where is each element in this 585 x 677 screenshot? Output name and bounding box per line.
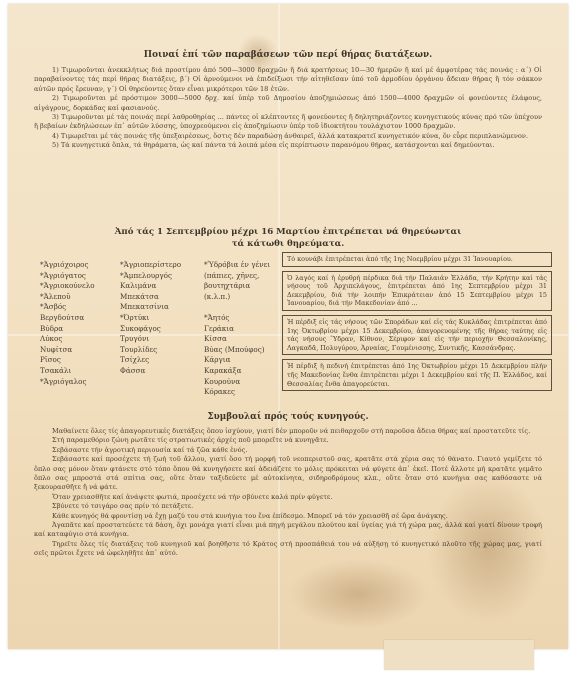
- game-species-item: Φάσσα: [120, 366, 181, 377]
- game-species-item: (πάπιες, χῆνες,: [204, 271, 270, 282]
- advice-paragraph: Ὅταν χρειασθῆτε καί ἀνάψετε φωτιά, προσέ…: [34, 493, 542, 502]
- game-species-item: [204, 302, 270, 313]
- game-species-item: Λύκος: [40, 334, 95, 345]
- scanned-paper-sheet: Ποιναί ἐπί τῶν παραβάσεων τῶν περί θήρας…: [8, 4, 568, 649]
- game-species-item: *Ὀρτύκι: [120, 313, 181, 324]
- game-species-item: Κόρακες: [204, 387, 270, 398]
- game-species-item: *Ἀγριοπερίστερο: [120, 260, 181, 271]
- game-species-item: *Ἀγριοκούνελο: [40, 281, 95, 292]
- penalty-paragraph: 1) Τιμωροῦνται ἀνεκκλήτως διά προστίμου …: [34, 66, 542, 94]
- penalties-section: 1) Τιμωροῦνται ἀνεκκλήτως διά προστίμου …: [34, 66, 542, 151]
- paper-torn-flap: [384, 640, 534, 670]
- advice-section: Μαθαίνετε ὅλες τίς ἀπαγορευτικές διατάξε…: [34, 427, 542, 559]
- season-box: Τό κουνάβι ἐπιτρέπεται ἀπό τῆς 1ης Νοεμβ…: [282, 252, 552, 267]
- game-list-column-2: *Ἀγριοπερίστερο*ἈμπελουργόςΚαλιμάναΜπεκά…: [120, 260, 181, 377]
- game-species-item: (κ.λ.π.): [204, 292, 270, 303]
- advice-paragraph: Μαθαίνετε ὅλες τίς ἀπαγορευτικές διατάξε…: [34, 427, 542, 436]
- season-heading-line: τά κάτωθι θηρεύματα.: [8, 238, 568, 250]
- season-box: Ἡ πέρδιξ εἰς τάς νήσους τῶν Σποράδων καί…: [282, 315, 552, 355]
- game-species-item: Τρυγόνι: [120, 334, 181, 345]
- game-species-item: Καλιμάνα: [120, 281, 181, 292]
- game-species-item: βουτηχτάρια: [204, 281, 270, 292]
- game-species-item: Καρακάξα: [204, 366, 270, 377]
- penalty-paragraph: 5) Τά κυνηγετικά ὅπλα, τά θηράματα, ὡς κ…: [34, 141, 542, 150]
- advice-paragraph: Κάθε κυνηγός θά φροντίσῃ νά ἔχῃ μαζύ του…: [34, 512, 542, 521]
- game-species-item: Βύας (Μπούφος): [204, 345, 270, 356]
- game-species-item: Κίσσα: [204, 334, 270, 345]
- game-species-item: *Ὑδρόβια ἐν γένει: [204, 260, 270, 271]
- advice-paragraph: Τηρεῖτε ὅλες τίς διατάξεις τοῦ κυνηγιοῦ …: [34, 540, 542, 559]
- game-species-item: *Ἀσβός: [40, 302, 95, 313]
- advice-paragraph: Σεβάσαστε τήν ἀγροτική περιουσία καί τά …: [34, 446, 542, 455]
- season-heading-line: Ἀπό τάς 1 Σεπτεμβρίου μέχρι 16 Μαρτίου ἐ…: [8, 226, 568, 238]
- game-species-item: *Ἀλεποῦ: [40, 292, 95, 303]
- game-species-item: Γεράκια: [204, 324, 270, 335]
- game-species-item: *Ἀγριόγαλος: [40, 377, 95, 388]
- game-list-column-1: *Ἀγριόχοιρος*Ἀγριόγατος*Ἀγριοκούνελο*Ἀλε…: [40, 260, 95, 387]
- game-species-item: Τσίχλες: [120, 355, 181, 366]
- advice-paragraph: Ἀγαπᾶτε καί προστατεύετε τά δάση, ὄχι μο…: [34, 521, 542, 540]
- penalties-title: Ποιναί ἐπί τῶν παραβάσεων τῶν περί θήρας…: [8, 50, 568, 60]
- penalty-paragraph: 4) Τιμωρεῖται μέ τάς ποινάς τῆς ὑπεξαιρέ…: [34, 132, 542, 141]
- game-species-item: Ρῖσος: [40, 355, 95, 366]
- season-heading: Ἀπό τάς 1 Σεπτεμβρίου μέχρι 16 Μαρτίου ἐ…: [8, 226, 568, 250]
- game-species-item: Βεργδούτσα: [40, 313, 95, 324]
- advice-paragraph: Σβύνετε τό τσιγάρο σας πρίν τό πετάξετε.: [34, 502, 542, 511]
- season-box: Ἡ πέρδιξ ἡ πεδινή ἐπιτρέπεται ἀπό 1ης Ὀκ…: [282, 359, 552, 391]
- game-species-item: Τουρλίδες: [120, 345, 181, 356]
- season-exceptions: Τό κουνάβι ἐπιτρέπεται ἀπό τῆς 1ης Νοεμβ…: [282, 252, 552, 395]
- game-species-item: Μπεκατσίνια: [120, 302, 181, 313]
- season-box: Ὁ λαγός καί ἡ ἐρυθρή πέρδικα διά τήν Παλ…: [282, 271, 552, 311]
- advice-paragraph: Σεβάσαστε καί προσέχετε τή ζωή τοῦ ἄλλου…: [34, 455, 542, 493]
- advice-paragraph: Στή παραμεθόριο ζώνη ρωτᾶτε τίς στρατιωτ…: [34, 436, 542, 445]
- game-species-item: Τσακάλι: [40, 366, 95, 377]
- penalty-paragraph: 3) Τιμωροῦνται μέ τάς ποινάς περί λαθροθ…: [34, 113, 542, 132]
- game-species-item: Βύδρα: [40, 324, 95, 335]
- game-species-item: *Ἀμπελουργός: [120, 271, 181, 282]
- game-species-item: *Ἀγριόχοιρος: [40, 260, 95, 271]
- game-species-item: Μπεκάτσα: [120, 292, 181, 303]
- water-stain: [288, 559, 428, 629]
- game-species-item: Κάργια: [204, 355, 270, 366]
- game-species-item: Συκοφάγος: [120, 324, 181, 335]
- game-list-column-3: *Ὑδρόβια ἐν γένει(πάπιες, χῆνες,βουτηχτά…: [204, 260, 270, 398]
- game-species-item: *Ἀητός: [204, 313, 270, 324]
- advice-heading: Συμβουλαί πρός τούς κυνηγούς.: [8, 412, 568, 422]
- game-species-item: *Ἀγριόγατος: [40, 271, 95, 282]
- game-species-item: Κουρούνα: [204, 377, 270, 388]
- penalty-paragraph: 2) Τιμωροῦνται μέ πρόστιμον 3000—5000 δρ…: [34, 94, 542, 113]
- game-species-item: Νυφίτσα: [40, 345, 95, 356]
